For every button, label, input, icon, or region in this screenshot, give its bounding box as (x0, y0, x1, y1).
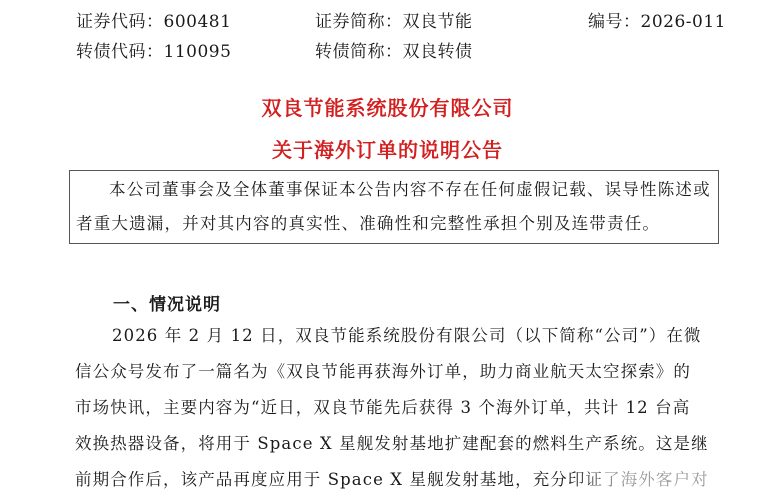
board-guarantee-notice: 本公司董事会及全体董事保证本公告内容不存在任何虚假记载、误导性陈述或 者重大遗漏… (69, 170, 719, 244)
announcement-title: 关于海外订单的说明公告 (0, 134, 775, 163)
company-title: 双良节能系统股份有限公司 (0, 92, 775, 121)
body-line: 效换热器设备，将用于 Space X 星舰发射基地扩建配套的燃料生产系统。这是继 (75, 426, 715, 462)
bond-code: 转债代码：110095 (76, 42, 231, 62)
section-heading: 一、情况说明 (113, 290, 221, 315)
announcement-number: 编号：2026-011 (588, 12, 726, 32)
bond-name: 转债简称：双良转债 (315, 42, 473, 62)
body-line: 市场快讯，主要内容为“近日，双良节能先后获得 3 个海外订单，共计 12 台高 (75, 390, 715, 426)
section-body: 2026 年 2 月 12 日，双良节能系统股份有限公司（以下简称“公司”）在微… (75, 318, 715, 498)
header-row-bond: 转债代码：110095 转债简称：双良转债 (0, 42, 775, 64)
notice-line-2: 者重大遗漏，并对其内容的真实性、准确性和完整性承担个别及连带责任。 (76, 207, 712, 241)
body-line: 前期合作后，该产品再度应用于 Space X 星舰发射基地，充分印证了海外客户对 (75, 462, 715, 498)
announcement-page: 证券代码：600481 证券简称：双良节能 编号：2026-011 转债代码：1… (0, 0, 775, 500)
security-code: 证券代码：600481 (76, 12, 231, 32)
security-name: 证券简称：双良节能 (315, 12, 473, 32)
header-row-security: 证券代码：600481 证券简称：双良节能 编号：2026-011 (0, 12, 775, 34)
body-line: 2026 年 2 月 12 日，双良节能系统股份有限公司（以下简称“公司”）在微 (75, 318, 715, 354)
notice-line-1: 本公司董事会及全体董事保证本公告内容不存在任何虚假记载、误导性陈述或 (76, 173, 712, 207)
body-line: 信公众号发布了一篇名为《双良节能再获海外订单，助力商业航天太空探索》的 (75, 354, 715, 390)
